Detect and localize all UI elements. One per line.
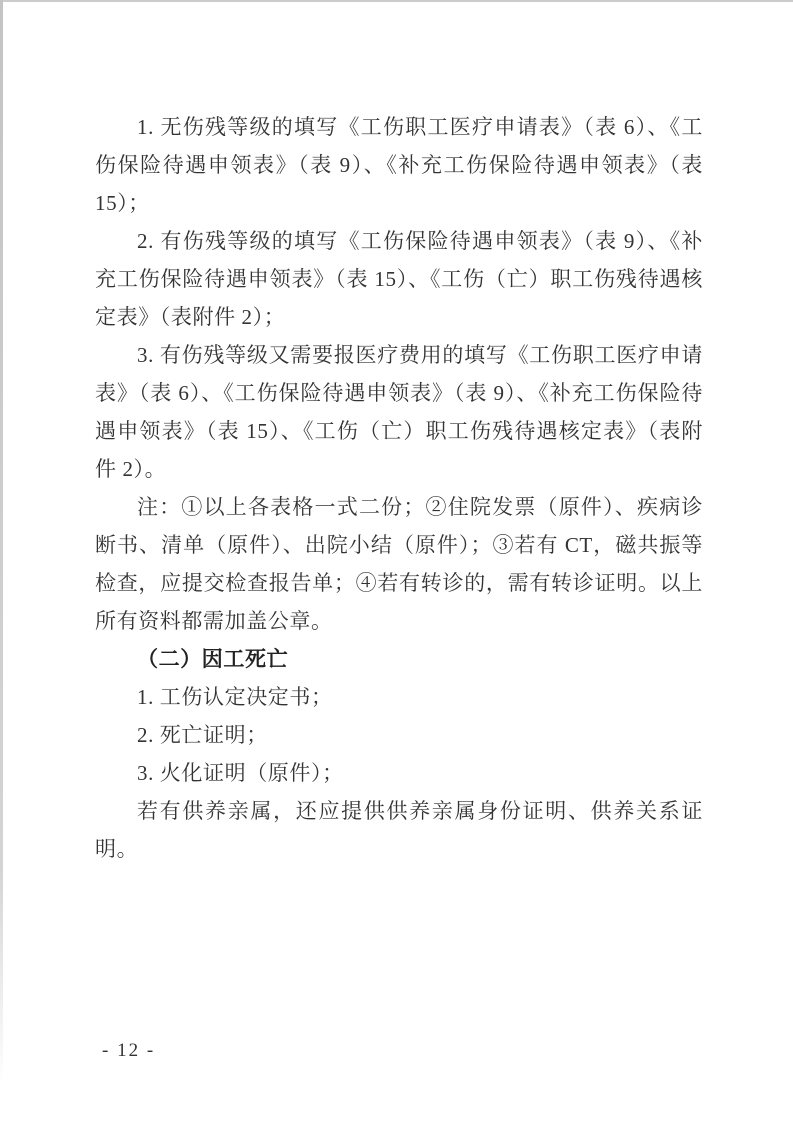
scan-edge-top [0,0,793,2]
page-footer: - 12 - [102,1040,155,1062]
paragraph-item-3: 3. 有伤残等级又需要报医疗费用的填写《工伤职工医疗申请表》（表 6）、《工伤保… [95,336,703,488]
paragraph-item-1: 1. 无伤残等级的填写《工伤职工医疗申请表》（表 6）、《工伤保险待遇申领表》（… [95,108,703,222]
section-heading-death-on-duty: （二）因工死亡 [95,640,703,678]
paragraph-item-2: 2. 有伤残等级的填写《工伤保险待遇申领表》（表 9）、《补充工伤保险待遇申领表… [95,222,703,336]
page-number: - 12 - [102,1040,155,1061]
document-body: 1. 无伤残等级的填写《工伤职工医疗申请表》（表 6）、《工伤保险待遇申领表》（… [95,108,703,868]
paragraph-item-4: 1. 工伤认定决定书； [95,678,703,716]
scan-edge-left [0,0,3,1085]
paragraph-item-5: 2. 死亡证明； [95,716,703,754]
paragraph-item-7: 若有供养亲属，还应提供供养亲属身份证明、供养关系证明。 [95,792,703,868]
document-page: 1. 无伤残等级的填写《工伤职工医疗申请表》（表 6）、《工伤保险待遇申领表》（… [0,0,793,1122]
paragraph-item-6: 3. 火化证明（原件）； [95,754,703,792]
paragraph-note: 注：①以上各表格一式二份；②住院发票（原件）、疾病诊断书、清单（原件）、出院小结… [95,488,703,640]
